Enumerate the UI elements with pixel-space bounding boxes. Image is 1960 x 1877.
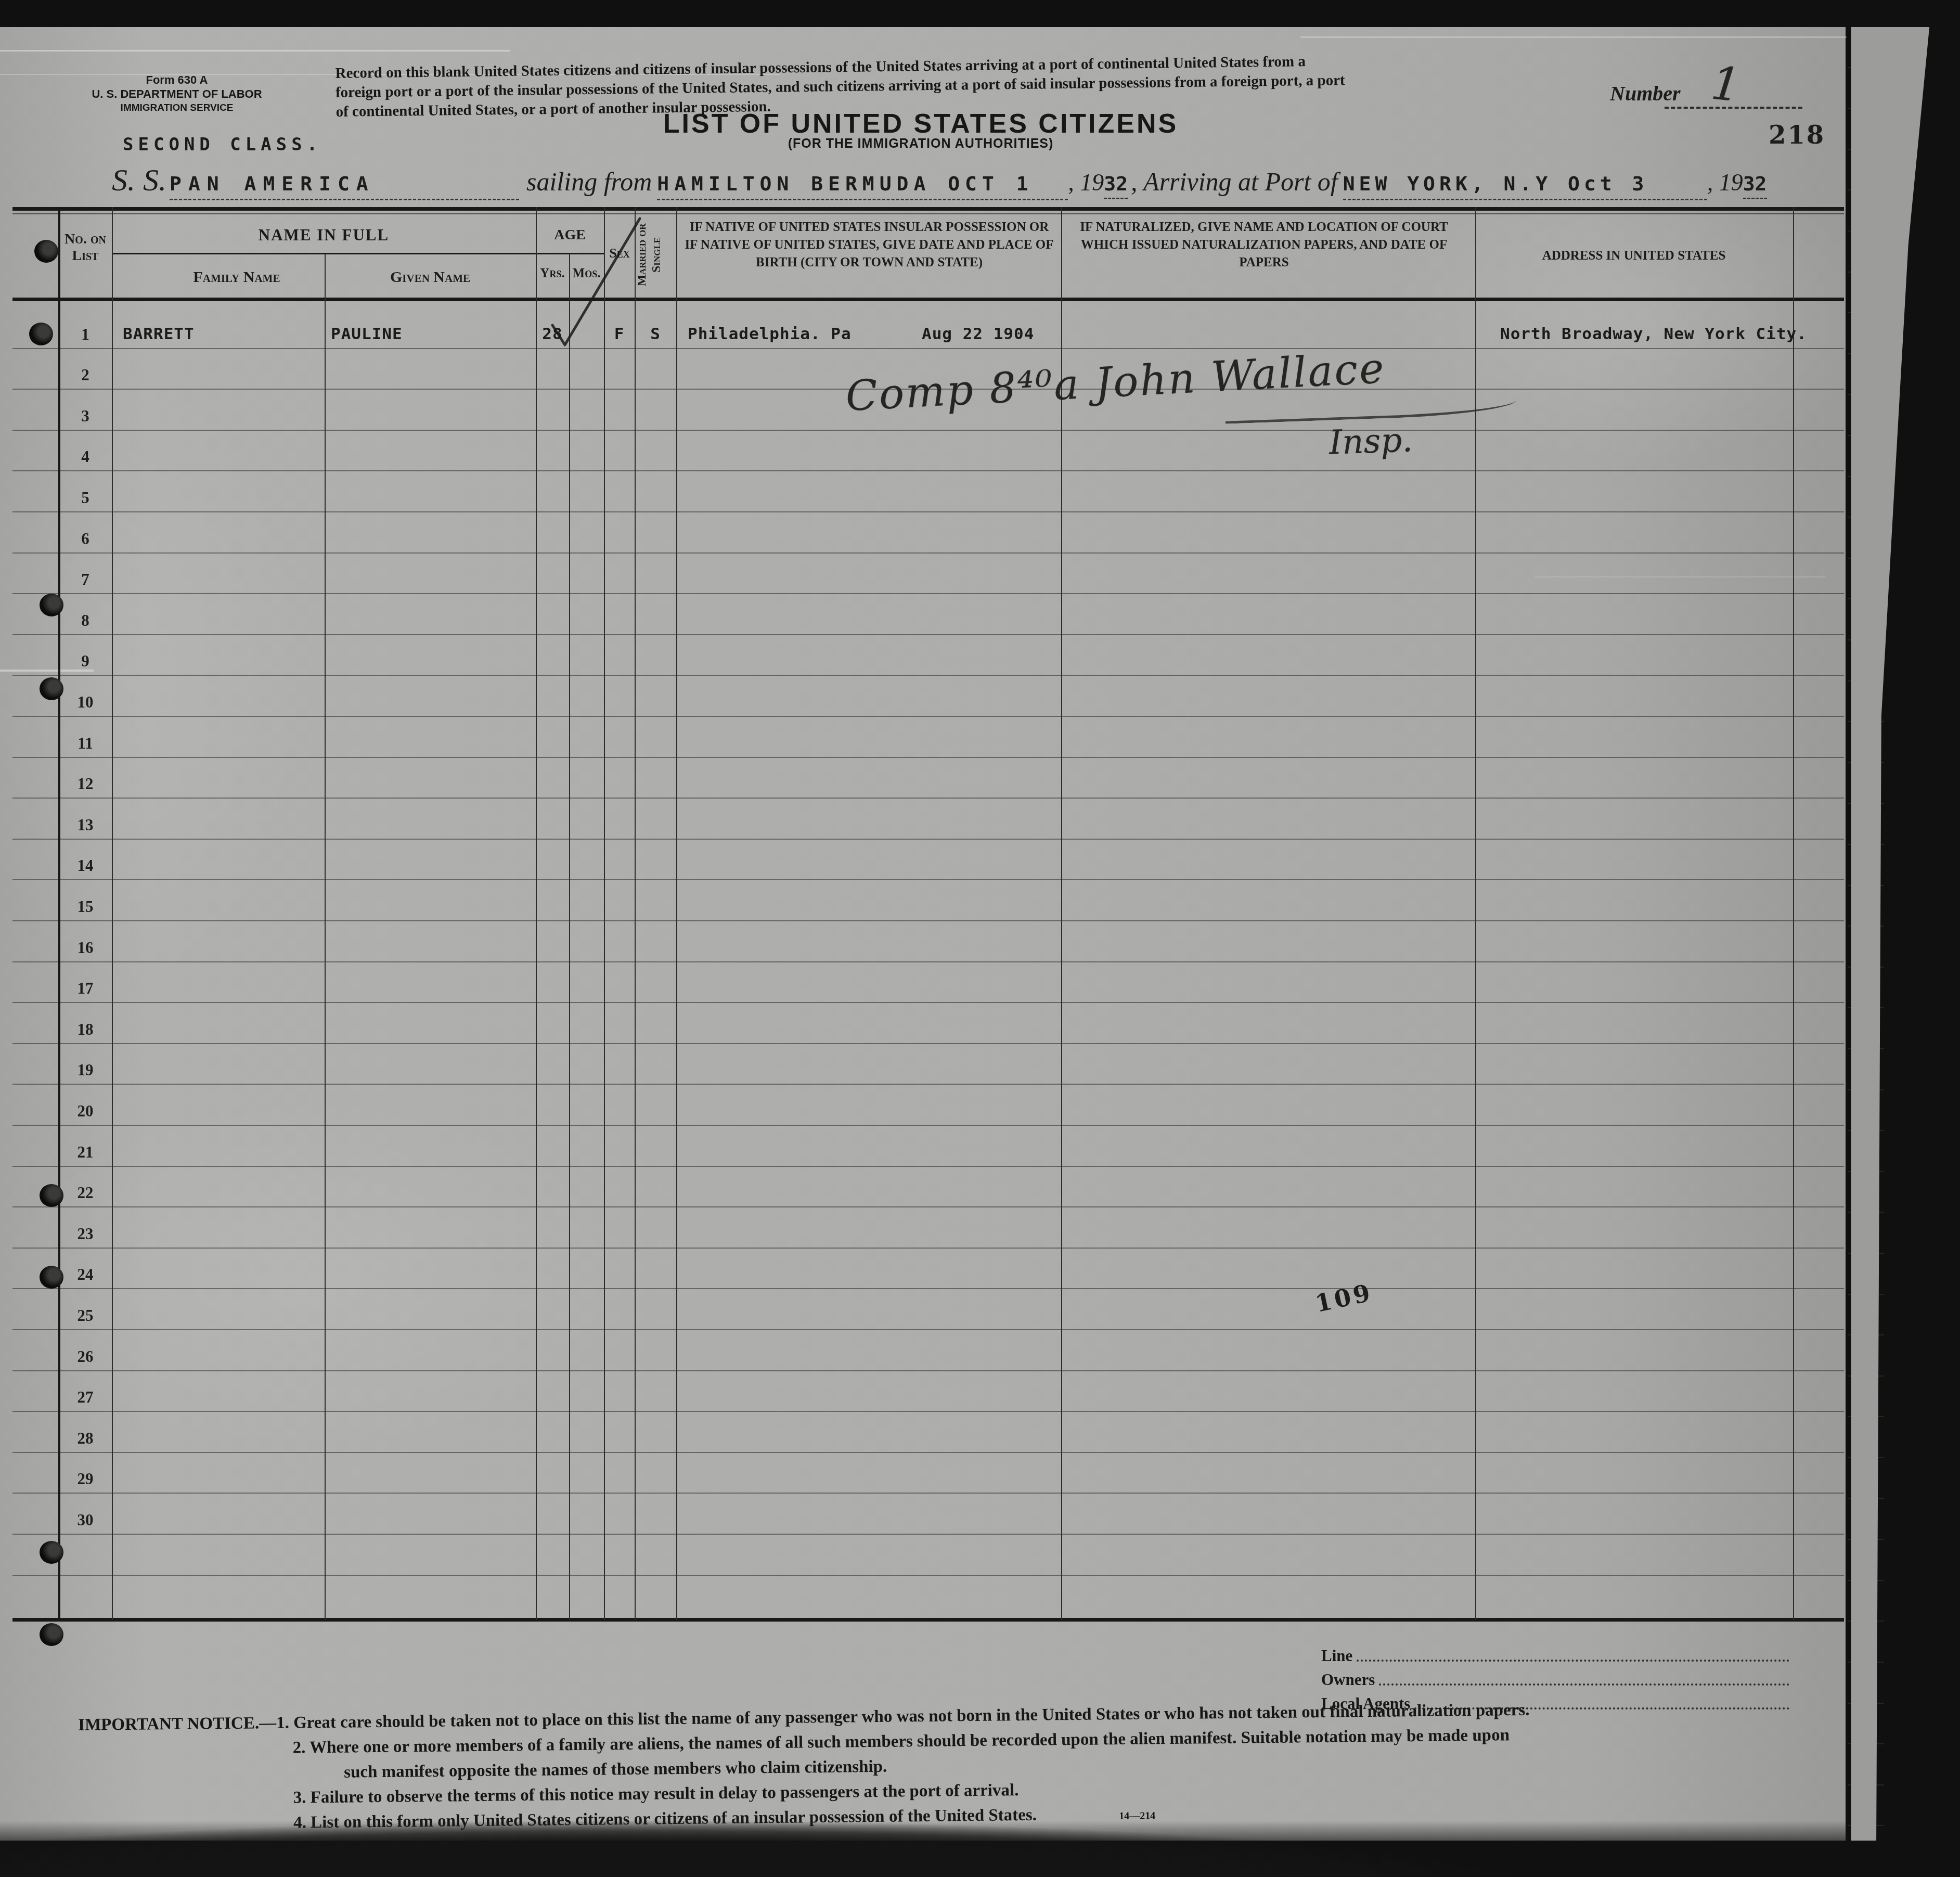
row-number-6: 6 bbox=[58, 530, 112, 548]
form-id-block: Form 630 A U. S. DEPARTMENT OF LABOR IMM… bbox=[62, 73, 291, 115]
header-name-in-full: NAME IN FULL bbox=[112, 226, 536, 245]
punch-hole bbox=[29, 323, 53, 345]
row-ruling bbox=[12, 308, 1844, 1578]
row-number-8: 8 bbox=[58, 611, 112, 630]
form-code: 14—214 bbox=[1119, 1810, 1155, 1822]
col-line-naturalized-address bbox=[1475, 207, 1476, 1620]
row-number-14: 14 bbox=[58, 856, 112, 875]
header-address: ADDRESS IN UNITED STATES bbox=[1480, 249, 1787, 263]
row-number-17: 17 bbox=[58, 979, 112, 998]
row-number-20: 20 bbox=[58, 1102, 112, 1121]
number-handwritten-value: 1 bbox=[1709, 56, 1743, 112]
punch-hole bbox=[40, 1184, 63, 1207]
arriving-at-port-label: , Arriving at Port of bbox=[1131, 166, 1338, 197]
arrival-year-preprint: , 19 bbox=[1707, 169, 1743, 196]
row1-given-name: PAULINE bbox=[331, 325, 403, 343]
row-number-26: 26 bbox=[58, 1347, 112, 1366]
header-birth: IF NATIVE OF UNITED STATES INSULAR POSSE… bbox=[684, 218, 1054, 272]
row-number-2: 2 bbox=[58, 366, 112, 384]
punch-hole bbox=[40, 594, 63, 616]
row-number-27: 27 bbox=[58, 1388, 112, 1407]
row-number-19: 19 bbox=[58, 1061, 112, 1079]
header-bottom-border bbox=[12, 298, 1844, 301]
row1-birth-date: Aug 22 1904 bbox=[922, 325, 1034, 343]
col-line-family-given bbox=[325, 254, 326, 1620]
class-designation: SECOND CLASS. bbox=[123, 134, 322, 155]
owners-blank bbox=[1379, 1683, 1789, 1686]
row-number-10: 10 bbox=[58, 693, 112, 712]
row-number-22: 22 bbox=[58, 1184, 112, 1202]
col-line-age-sex bbox=[604, 207, 605, 1620]
header-given-name: Given Name bbox=[325, 268, 536, 286]
table-bottom-border bbox=[12, 1618, 1844, 1622]
line-row: Line bbox=[1321, 1640, 1789, 1664]
line-label: Line bbox=[1321, 1648, 1352, 1664]
col-line-married-birth bbox=[676, 207, 677, 1620]
row-number-23: 23 bbox=[58, 1225, 112, 1243]
sailing-from-label: sailing from bbox=[526, 166, 652, 197]
ship-prefix: S. S. bbox=[112, 162, 166, 198]
voyage-line: S. S. PAN AMERICA sailing from HAMILTON … bbox=[112, 162, 1839, 200]
important-notice: IMPORTANT NOTICE.—1. Great care should b… bbox=[78, 1694, 1816, 1840]
arrival-port-date: NEW YORK, N.Y Oct 3 bbox=[1343, 172, 1707, 200]
arrival-year: 32 bbox=[1743, 172, 1767, 199]
document-subtitle: (FOR THE IMMIGRATION AUTHORITIES) bbox=[598, 136, 1243, 151]
col-line-sex-married bbox=[635, 207, 636, 1620]
form-department: U. S. DEPARTMENT OF LABOR bbox=[62, 87, 291, 101]
form-service: IMMIGRATION SERVICE bbox=[62, 101, 291, 115]
row-number-4: 4 bbox=[58, 447, 112, 466]
number-label: Number bbox=[1610, 81, 1681, 106]
owners-row: Owners bbox=[1321, 1664, 1789, 1688]
row-number-9: 9 bbox=[58, 652, 112, 671]
row1-birth-place: Philadelphia. Pa bbox=[688, 325, 852, 343]
header-family-name: Family Name bbox=[127, 268, 346, 286]
col-line-yrs-mos bbox=[569, 254, 570, 1620]
row-number-21: 21 bbox=[58, 1143, 112, 1162]
row1-family-name: BARRETT bbox=[123, 325, 195, 343]
row-number-12: 12 bbox=[58, 775, 112, 793]
row-number-11: 11 bbox=[58, 734, 112, 753]
row-number-24: 24 bbox=[58, 1265, 112, 1284]
row-number-29: 29 bbox=[58, 1470, 112, 1488]
page-stamp: 218 bbox=[1769, 121, 1825, 150]
row-number-15: 15 bbox=[58, 897, 112, 916]
row-number-13: 13 bbox=[58, 816, 112, 834]
punch-hole bbox=[40, 677, 63, 700]
departure-year-preprint: , 19 bbox=[1068, 169, 1104, 196]
departure-year: 32 bbox=[1104, 172, 1128, 199]
inspector-title: Insp. bbox=[1329, 421, 1413, 462]
row-number-1: 1 bbox=[58, 325, 112, 344]
row-number-28: 28 bbox=[58, 1429, 112, 1448]
document-title: LIST OF UNITED STATES CITIZENS bbox=[598, 108, 1243, 139]
table-top-border-inner bbox=[12, 213, 1844, 214]
punch-hole bbox=[34, 240, 58, 263]
form-number: Form 630 A bbox=[62, 73, 291, 87]
departure-port-date: HAMILTON BERMUDA OCT 1 bbox=[657, 172, 1068, 200]
owners-label: Owners bbox=[1321, 1672, 1375, 1688]
scanned-ship-manifest: { "header": { "form_id_lines": ["Form 63… bbox=[0, 0, 1960, 1877]
row-number-5: 5 bbox=[58, 488, 112, 507]
header-no-on-list: No. on List bbox=[58, 231, 112, 264]
table-top-border bbox=[12, 207, 1844, 211]
punch-hole bbox=[40, 1266, 63, 1289]
header-naturalized: IF NATURALIZED, GIVE NAME AND LOCATION O… bbox=[1069, 218, 1459, 272]
line-blank bbox=[1357, 1660, 1789, 1662]
punch-hole bbox=[40, 1623, 63, 1646]
row-number-3: 3 bbox=[58, 407, 112, 426]
row-number-30: 30 bbox=[58, 1511, 112, 1529]
col-line-address-right bbox=[1793, 207, 1794, 1620]
row-number-16: 16 bbox=[58, 938, 112, 957]
notice-line-5-text: 4. List on this form only United States … bbox=[293, 1806, 1037, 1832]
col-line-birth-naturalized bbox=[1061, 207, 1062, 1620]
checkmark-annotation bbox=[541, 211, 655, 356]
underlying-page-edge bbox=[1848, 27, 1932, 1841]
row-number-7: 7 bbox=[58, 570, 112, 589]
header-mid-divider bbox=[112, 253, 604, 254]
ship-name: PAN AMERICA bbox=[170, 172, 519, 200]
row1-address: North Broadway, New York City. bbox=[1500, 325, 1807, 343]
col-line-name-age bbox=[536, 207, 537, 1620]
row-number-18: 18 bbox=[58, 1020, 112, 1039]
punch-hole bbox=[40, 1541, 63, 1564]
row-number-25: 25 bbox=[58, 1306, 112, 1325]
